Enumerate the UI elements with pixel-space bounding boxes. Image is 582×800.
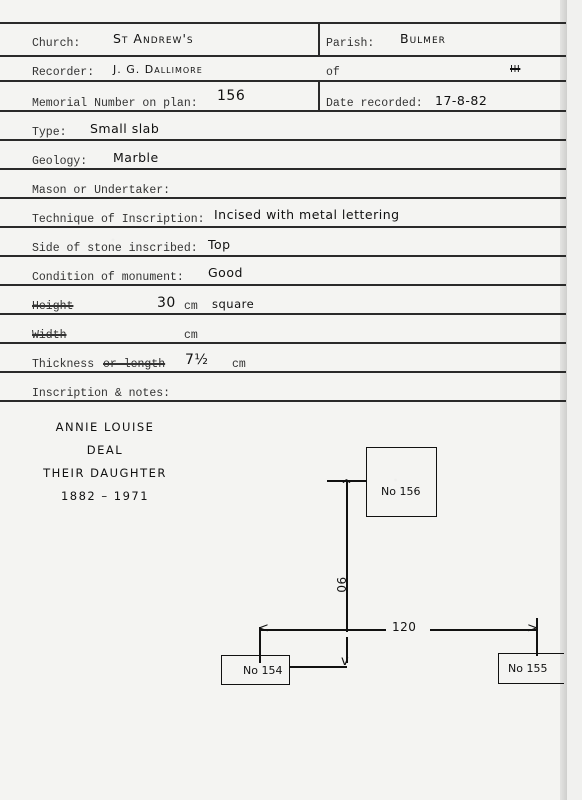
form-rule: [0, 139, 566, 141]
memorial-154-label: No 154: [243, 664, 282, 677]
vertical-distance-label: 90: [334, 577, 348, 593]
of-label: of: [326, 66, 340, 79]
form-rule: [0, 313, 566, 315]
side-value: Top: [208, 237, 231, 252]
form-rule: [0, 168, 566, 170]
recorder-value: J. G. Dallimore: [113, 63, 203, 76]
plan-reference-line: [290, 666, 347, 668]
arrow-left-icon: <: [258, 622, 269, 635]
memorial-156-label: No 156: [381, 485, 420, 498]
width-label: Width: [32, 329, 67, 342]
height-unit: cm: [184, 300, 198, 313]
form-rule: [0, 371, 566, 373]
horizontal-dimension-line: [430, 629, 536, 631]
technique-value: Incised with metal lettering: [214, 207, 400, 222]
memorial-154-box: No 154: [221, 655, 290, 685]
parish-label: Parish:: [326, 37, 374, 50]
arrow-up-icon: ^: [341, 479, 352, 492]
height-note: square: [212, 297, 254, 311]
form-rule: [0, 22, 566, 24]
form-rule: [0, 110, 566, 112]
date-recorded-value: 17-8-82: [435, 93, 487, 108]
form-rule: [0, 226, 566, 228]
inscription-line: 1882 – 1971: [30, 489, 180, 503]
thickness-struck-text: or length: [103, 358, 165, 371]
inscription-line: Annie Louise: [30, 420, 180, 434]
extension-line-right: [536, 618, 538, 656]
form-rule: [0, 342, 566, 344]
geology-label: Geology:: [32, 155, 87, 168]
church-value: St Andrew's: [113, 31, 194, 46]
thickness-value: 7½: [185, 352, 208, 368]
geology-value: Marble: [113, 150, 159, 165]
horizontal-dimension-line: [260, 629, 386, 631]
height-label: Height: [32, 300, 73, 313]
mason-label: Mason or Undertaker:: [32, 184, 170, 197]
form-rule: [0, 55, 566, 57]
condition-label: Condition of monument:: [32, 271, 184, 284]
memorial-155-label: No 155: [508, 662, 547, 675]
width-unit: cm: [184, 329, 198, 342]
horizontal-distance-label: 120: [392, 620, 416, 634]
inscription-label: Inscription & notes:: [32, 387, 170, 400]
inscription-line: Their Daughter: [30, 466, 180, 480]
memorial-156-box: No 156: [366, 447, 437, 517]
form-rule: [0, 284, 566, 286]
recorder-label: Recorder:: [32, 66, 94, 79]
church-label: Church:: [32, 37, 80, 50]
vertical-dimension-line: [346, 482, 348, 632]
type-label: Type:: [32, 126, 67, 139]
inscription-line: Deal: [30, 443, 180, 457]
memorial-number-value: 156: [217, 88, 245, 104]
memorial-155-box: No 155: [498, 653, 564, 684]
form-rule: [0, 80, 566, 82]
technique-label: Technique of Inscription:: [32, 213, 205, 226]
column-divider: [318, 22, 320, 55]
date-recorded-label: Date recorded:: [326, 97, 423, 110]
form-rule: [0, 400, 566, 402]
of-value: III: [510, 64, 520, 75]
condition-value: Good: [208, 265, 243, 280]
height-value: 30: [157, 295, 176, 311]
thickness-label: Thickness: [32, 358, 94, 371]
form-rule: [0, 255, 566, 257]
thickness-unit: cm: [232, 358, 246, 371]
column-divider: [318, 80, 320, 110]
memorial-number-label: Memorial Number on plan:: [32, 97, 198, 110]
side-label: Side of stone inscribed:: [32, 242, 198, 255]
type-value: Small slab: [90, 121, 159, 136]
form-rule: [0, 197, 566, 199]
parish-value: Bulmer: [400, 31, 446, 46]
